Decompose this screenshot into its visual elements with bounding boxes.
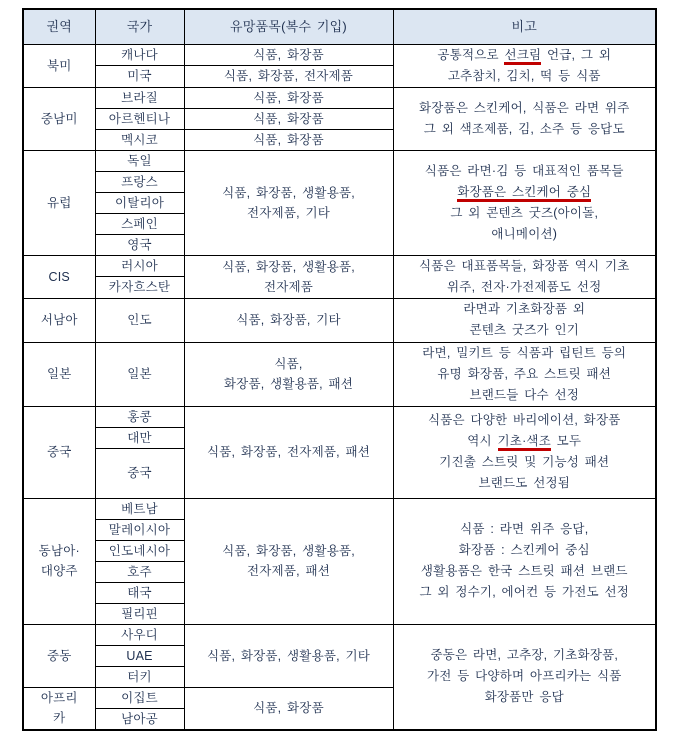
note-cell: 식품은 다양한 바리에이션, 화장품 역시 기초·색조 모두 기진출 스트릿 및… xyxy=(393,406,656,498)
note-line: 식품 : 라면 위주 응답, xyxy=(396,519,654,540)
note-line: 애니메이션) xyxy=(396,224,654,245)
note-cell: 라면과 기초화장품 외 콘텐츠 굿즈가 인기 xyxy=(393,298,656,342)
country-cell: 이탈리아 xyxy=(95,192,184,213)
items-cell: 식품, 화장품, 생활용품, 전자제품, 패션 xyxy=(184,498,393,624)
items-cell: 식품, 화장품, 생활용품, 패션 xyxy=(184,342,393,406)
country-cell: 베트남 xyxy=(95,498,184,519)
items-cell: 식품, 화장품 xyxy=(184,108,393,129)
page: 권역 국가 유망품목(복수 기입) 비고 북미 캐나다 식품, 화장품 공통적으… xyxy=(0,0,680,731)
items-line: 식품, 화장품, 생활용품, xyxy=(187,541,391,561)
note-line: 화장품은 스킨케어, 식품은 라면 위주 xyxy=(396,98,654,119)
region-cell: 서남아 xyxy=(23,298,95,342)
note-line: 가전 등 다양하며 아프리카는 식품 xyxy=(396,666,654,687)
country-cell: 캐나다 xyxy=(95,44,184,66)
region-cell: 유럽 xyxy=(23,150,95,255)
country-cell: 대만 xyxy=(95,427,184,448)
note-line: 생활용품은 한국 스트릿 패션 브랜드 xyxy=(396,561,654,582)
country-cell: 중국 xyxy=(95,448,184,498)
items-cell: 식품, 화장품, 생활용품, 기타 xyxy=(184,624,393,687)
items-cell: 식품, 화장품, 전자제품, 패션 xyxy=(184,406,393,498)
region-cell: 중남미 xyxy=(23,87,95,150)
country-cell: 말레이시아 xyxy=(95,519,184,540)
country-cell: 인도 xyxy=(95,298,184,342)
red-underline-text: 선크림 xyxy=(504,48,541,65)
items-line: 전자제품, 기타 xyxy=(187,203,391,223)
country-cell: 스페인 xyxy=(95,213,184,234)
note-line: 라면, 밀키트 등 식품과 립틴트 등의 xyxy=(396,343,654,364)
items-cell: 식품, 화장품, 생활용품, 전자제품, 기타 xyxy=(184,150,393,255)
note-line: 역시 기초·색조 모두 xyxy=(396,431,654,452)
country-cell: 독일 xyxy=(95,150,184,171)
country-cell: 호주 xyxy=(95,561,184,582)
country-cell: 태국 xyxy=(95,582,184,603)
region-cell: 일본 xyxy=(23,342,95,406)
table-row: 유럽 독일 식품, 화장품, 생활용품, 전자제품, 기타 식품은 라면·김 등… xyxy=(23,150,656,171)
note-line: 그 외 색조제품, 김, 소주 등 응답도 xyxy=(396,119,654,140)
red-underline-text: 기초·색조 xyxy=(498,434,551,451)
note-text: 모두 xyxy=(551,434,581,448)
country-cell: 프랑스 xyxy=(95,171,184,192)
items-cell: 식품, 화장품, 기타 xyxy=(184,298,393,342)
note-line: 화장품 : 스킨케어 중심 xyxy=(396,540,654,561)
items-line: 전자제품 xyxy=(187,277,391,297)
items-cell: 식품, 화장품 xyxy=(184,87,393,108)
items-cell: 식품, 화장품, 전자제품 xyxy=(184,66,393,88)
items-cell: 식품, 화장품, 생활용품, 전자제품 xyxy=(184,255,393,298)
country-cell: 필리핀 xyxy=(95,603,184,624)
note-cell: 라면, 밀키트 등 식품과 립틴트 등의 유명 화장품, 주요 스트릿 패션 브… xyxy=(393,342,656,406)
country-cell: 인도네시아 xyxy=(95,540,184,561)
table-row: 북미 캐나다 식품, 화장품 공통적으로 선크림 언급, 그 외 고추참치, 김… xyxy=(23,44,656,66)
items-cell: 식품, 화장품 xyxy=(184,129,393,150)
country-cell: 미국 xyxy=(95,66,184,88)
note-line: 중동은 라면, 고추장, 기초화장품, xyxy=(396,645,654,666)
items-line: 식품, 화장품, 생활용품, xyxy=(187,183,391,203)
note-cell: 화장품은 스킨케어, 식품은 라면 위주 그 외 색조제품, 김, 소주 등 응… xyxy=(393,87,656,150)
table-header-row: 권역 국가 유망품목(복수 기입) 비고 xyxy=(23,9,656,44)
country-cell: 남아공 xyxy=(95,708,184,730)
note-line: 브랜드도 선정됨 xyxy=(396,473,654,494)
country-cell: 영국 xyxy=(95,234,184,255)
note-line: 식품은 라면·김 등 대표적인 품목들 xyxy=(396,161,654,182)
note-line: 콘텐츠 굿즈가 인기 xyxy=(396,320,654,341)
country-cell: 러시아 xyxy=(95,255,184,277)
note-cell: 식품은 라면·김 등 대표적인 품목들 화장품은 스킨케어 중심 그 외 콘텐츠… xyxy=(393,150,656,255)
country-cell: 브라질 xyxy=(95,87,184,108)
header-note: 비고 xyxy=(393,9,656,44)
items-line: 전자제품, 패션 xyxy=(187,561,391,581)
note-line: 위주, 전자·가전제품도 선정 xyxy=(396,277,654,298)
note-line: 공통적으로 선크림 언급, 그 외 xyxy=(396,45,654,66)
country-cell: 멕시코 xyxy=(95,129,184,150)
note-line: 고추참치, 김치, 떡 등 식품 xyxy=(396,66,654,87)
note-line: 화장품만 응답 xyxy=(396,687,654,708)
table-row: 동남아· 대양주 베트남 식품, 화장품, 생활용품, 전자제품, 패션 식품 … xyxy=(23,498,656,519)
table-row: 서남아 인도 식품, 화장품, 기타 라면과 기초화장품 외 콘텐츠 굿즈가 인… xyxy=(23,298,656,342)
table-row: 중남미 브라질 식품, 화장품 화장품은 스킨케어, 식품은 라면 위주 그 외… xyxy=(23,87,656,108)
table-row: 중동 사우디 식품, 화장품, 생활용품, 기타 중동은 라면, 고추장, 기초… xyxy=(23,624,656,645)
table-row: 중국 홍콩 식품, 화장품, 전자제품, 패션 식품은 다양한 바리에이션, 화… xyxy=(23,406,656,427)
red-underline-text: 화장품은 스킨케어 중심 xyxy=(457,185,591,202)
note-line: 유명 화장품, 주요 스트릿 패션 xyxy=(396,364,654,385)
region-name-line: 동남아· xyxy=(26,541,93,561)
note-line: 기진출 스트릿 및 기능성 패션 xyxy=(396,452,654,473)
region-name-line: 아프리 xyxy=(26,688,93,708)
note-line: 화장품은 스킨케어 중심 xyxy=(396,182,654,203)
region-cell: 아프리 카 xyxy=(23,687,95,730)
header-items: 유망품목(복수 기입) xyxy=(184,9,393,44)
note-line: 브랜드들 다수 선정 xyxy=(396,385,654,406)
items-line: 식품, xyxy=(187,354,391,374)
country-cell: UAE xyxy=(95,645,184,666)
country-cell: 홍콩 xyxy=(95,406,184,427)
note-line: 식품은 대표품목들, 화장품 역시 기초 xyxy=(396,256,654,277)
items-cell: 식품, 화장품 xyxy=(184,687,393,730)
note-line: 라면과 기초화장품 외 xyxy=(396,299,654,320)
survey-table: 권역 국가 유망품목(복수 기입) 비고 북미 캐나다 식품, 화장품 공통적으… xyxy=(22,8,657,731)
region-cell: CIS xyxy=(23,255,95,298)
region-cell: 중국 xyxy=(23,406,95,498)
note-cell: 식품 : 라면 위주 응답, 화장품 : 스킨케어 중심 생활용품은 한국 스트… xyxy=(393,498,656,624)
country-cell: 아르헨티나 xyxy=(95,108,184,129)
note-line: 식품은 다양한 바리에이션, 화장품 xyxy=(396,410,654,431)
note-line: 그 외 정수기, 에어컨 등 가전도 선정 xyxy=(396,582,654,603)
region-cell: 북미 xyxy=(23,44,95,87)
note-cell: 식품은 대표품목들, 화장품 역시 기초 위주, 전자·가전제품도 선정 xyxy=(393,255,656,298)
note-text: 역시 xyxy=(467,434,497,448)
note-text: 공통적으로 xyxy=(437,48,504,62)
note-text: 언급, 그 외 xyxy=(541,48,611,62)
note-cell: 중동은 라면, 고추장, 기초화장품, 가전 등 다양하며 아프리카는 식품 화… xyxy=(393,624,656,730)
table-row: 일본 일본 식품, 화장품, 생활용품, 패션 라면, 밀키트 등 식품과 립틴… xyxy=(23,342,656,406)
note-cell: 공통적으로 선크림 언급, 그 외 고추참치, 김치, 떡 등 식품 xyxy=(393,44,656,87)
region-cell: 중동 xyxy=(23,624,95,687)
table-row: CIS 러시아 식품, 화장품, 생활용품, 전자제품 식품은 대표품목들, 화… xyxy=(23,255,656,277)
region-name-line: 카 xyxy=(26,708,93,728)
country-cell: 터키 xyxy=(95,666,184,687)
region-name-line: 대양주 xyxy=(26,561,93,581)
country-cell: 카자흐스탄 xyxy=(95,277,184,299)
items-line: 화장품, 생활용품, 패션 xyxy=(187,374,391,394)
note-line: 그 외 콘텐츠 굿즈(아이돌, xyxy=(396,203,654,224)
country-cell: 일본 xyxy=(95,342,184,406)
country-cell: 이집트 xyxy=(95,687,184,708)
items-line: 식품, 화장품, 생활용품, xyxy=(187,257,391,277)
items-cell: 식품, 화장품 xyxy=(184,44,393,66)
region-cell: 동남아· 대양주 xyxy=(23,498,95,624)
header-country: 국가 xyxy=(95,9,184,44)
header-region: 권역 xyxy=(23,9,95,44)
country-cell: 사우디 xyxy=(95,624,184,645)
